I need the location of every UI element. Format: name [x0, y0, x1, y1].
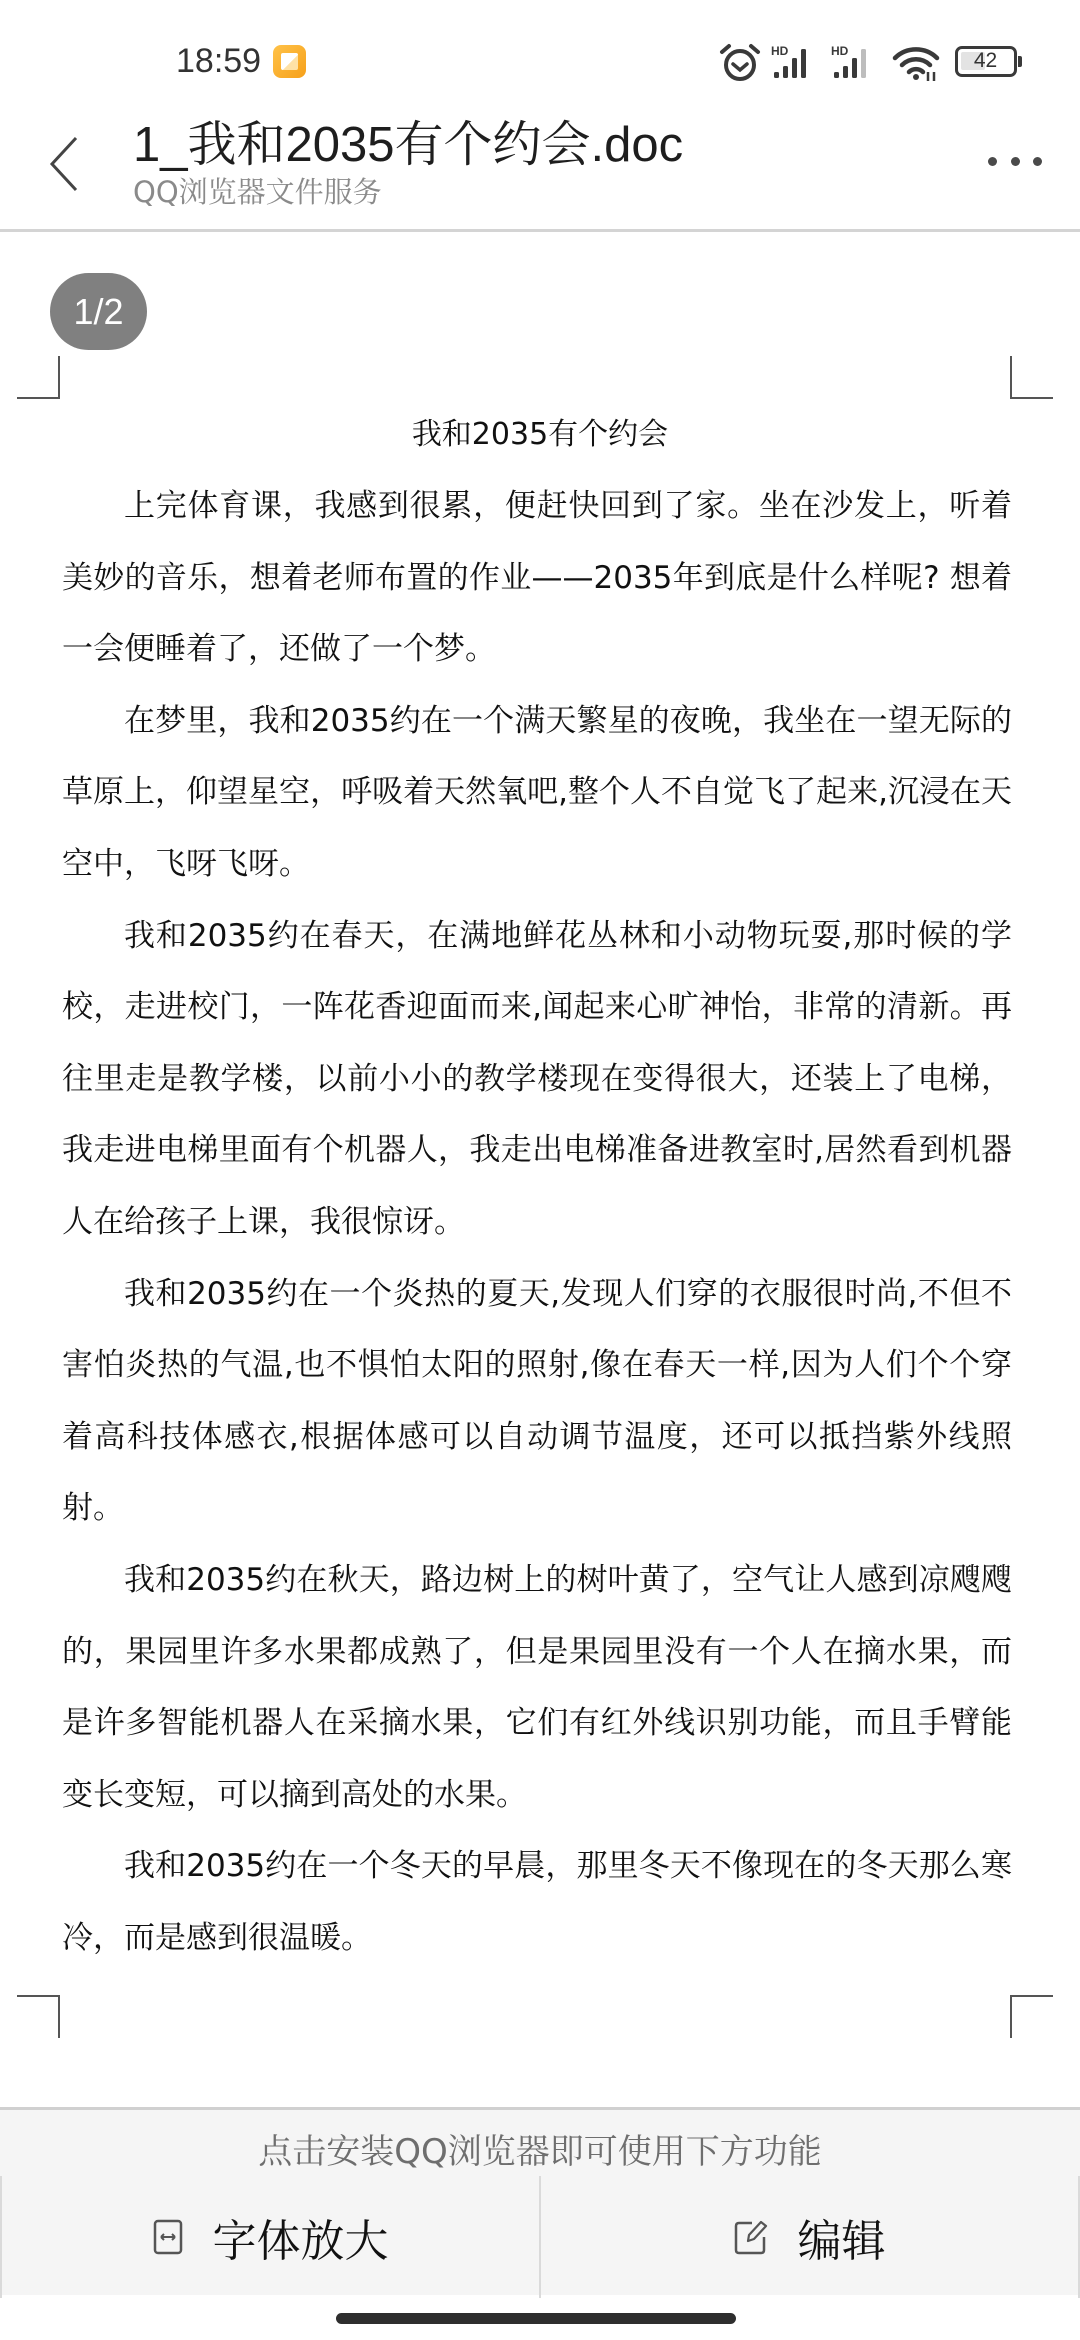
more-options-button[interactable] [980, 144, 1050, 178]
font-enlarge-icon [153, 2219, 183, 2255]
service-subtitle: QQ浏览器文件服务 [133, 170, 382, 211]
install-browser-hint[interactable]: 点击安装QQ浏览器即可使用下方功能 [0, 2124, 1080, 2173]
paragraph: 我和2035约在秋天，路边树上的树叶黄了，空气让人感到凉飕飕的，果园里许多水果都… [62, 1545, 1012, 1831]
chevron-left-icon [40, 130, 90, 200]
page-corner-mark [1010, 1995, 1053, 2038]
back-button[interactable] [40, 130, 90, 200]
signal-hd-1-icon: HD [770, 44, 822, 80]
more-dot [1033, 157, 1042, 166]
orange-note-icon [273, 45, 306, 78]
svg-text:HD: HD [771, 44, 789, 58]
paragraph: 在梦里，我和2035约在一个满天繁星的夜晚，我坐在一望无际的草原上，仰望星空，呼… [62, 686, 1012, 901]
paragraph: 我和2035约在春天，在满地鲜花丛林和小动物玩耍,那时候的学校，走进校门，一阵花… [62, 901, 1012, 1259]
svg-text:HD: HD [831, 44, 849, 58]
status-time: 18:59 [176, 42, 261, 81]
battery-level: 42 [958, 48, 1013, 74]
signal-hd-2-icon: HD [830, 44, 882, 80]
action-row: 字体放大 编辑 [0, 2176, 1080, 2298]
battery-icon: 42 [955, 46, 1023, 77]
paragraph: 上完体育课，我感到很累，便赶快回到了家。坐在沙发上，听着美妙的音乐，想着老师布置… [62, 471, 1012, 686]
font-enlarge-button[interactable]: 字体放大 [2, 2176, 539, 2298]
edit-icon [734, 2219, 768, 2255]
home-indicator[interactable] [336, 2313, 736, 2324]
document-page[interactable]: 1/2 我和2035有个约会 上完体育课，我感到很累，便赶快回到了家。坐在沙发上… [0, 235, 1080, 2107]
document-title: 1_我和2035有个约会.doc [133, 106, 683, 176]
document-body: 上完体育课，我感到很累，便赶快回到了家。坐在沙发上，听着美妙的音乐，想着老师布置… [62, 471, 1012, 1974]
font-enlarge-label: 字体放大 [213, 2205, 389, 2269]
page-corner-mark [17, 1995, 60, 2038]
status-bar: 18:59 HD HD 42 [0, 0, 1080, 100]
more-horizontal-icon [988, 157, 997, 166]
alarm-icon [718, 42, 762, 84]
title-bar: 1_我和2035有个约会.doc QQ浏览器文件服务 [0, 100, 1080, 232]
document-heading: 我和2035有个约会 [0, 415, 1080, 455]
more-dot [1011, 157, 1020, 166]
page-corner-mark [1010, 356, 1053, 399]
bottom-toolbar: 点击安装QQ浏览器即可使用下方功能 字体放大 编辑 [0, 2107, 1080, 2295]
paragraph: 我和2035约在一个冬天的早晨，那里冬天不像现在的冬天那么寒冷，而是感到很温暖。 [62, 1831, 1012, 1974]
wifi-icon [892, 44, 942, 82]
paragraph: 我和2035约在一个炎热的夏天,发现人们穿的衣服很时尚,不但不害怕炎热的气温,也… [62, 1259, 1012, 1545]
edit-button[interactable]: 编辑 [539, 2176, 1078, 2298]
page-corner-mark [17, 356, 60, 399]
page-indicator-badge: 1/2 [50, 273, 147, 350]
edit-label: 编辑 [798, 2205, 886, 2269]
